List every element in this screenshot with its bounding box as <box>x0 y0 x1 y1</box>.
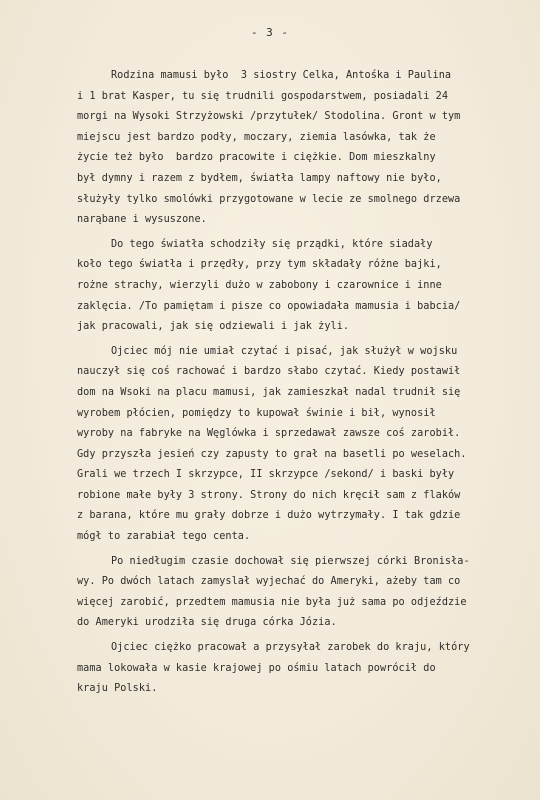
paragraph: Rodzina mamusi było 3 siostry Celka, Ant… <box>77 66 537 231</box>
text-line: Ojciec ciężko pracował a przysyłał zarob… <box>77 638 537 659</box>
text-line: mama lokowała w kasie krajowej po ośmiu … <box>77 659 537 680</box>
text-line: Grali we trzech I skrzypce, II skrzypce … <box>77 465 537 486</box>
text-line: do Ameryki urodziła się druga córka Józi… <box>77 613 537 634</box>
text-line: Rodzina mamusi było 3 siostry Celka, Ant… <box>77 66 537 87</box>
text-line: był dymny i razem z bydłem, światła lamp… <box>77 169 537 190</box>
paragraph: Po niedługim czasie dochował się pierwsz… <box>77 552 537 634</box>
text-line: więcej zarobić, przedtem mamusia nie był… <box>77 593 537 614</box>
text-line: rożne strachy, wierzyli dużo w zabobony … <box>77 276 537 297</box>
text-line: jak pracowali, jak się odziewali i jak ż… <box>77 317 537 338</box>
text-line: koło tego światła i przędły, przy tym sk… <box>77 255 537 276</box>
text-line: wyroby na fabryke na Węglówka i sprzedaw… <box>77 424 537 445</box>
text-line: wyrobem płócien, pomiędzy to kupował świ… <box>77 404 537 425</box>
paragraph: Ojciec mój nie umiał czytać i pisać, jak… <box>77 342 537 548</box>
paragraph: Do tego światła schodziły się prządki, k… <box>77 235 537 338</box>
text-line: i 1 brat Kasper, tu się trudnili gospoda… <box>77 87 537 108</box>
text-line: nauczył się coś rachować i bardzo słabo … <box>77 362 537 383</box>
text-line: Po niedługim czasie dochował się pierwsz… <box>77 552 537 573</box>
text-line: miejscu jest bardzo podły, moczary, ziem… <box>77 128 537 149</box>
text-line: Gdy przyszła jesień czy zapusty to grał … <box>77 445 537 466</box>
text-line: robione małe były 3 strony. Strony do ni… <box>77 486 537 507</box>
text-line: Do tego światła schodziły się prządki, k… <box>77 235 537 256</box>
typewritten-page: - 3 - Rodzina mamusi było 3 siostry Celk… <box>0 0 540 800</box>
text-line: mógł to zarabiał tego centa. <box>77 527 537 548</box>
text-line: kraju Polski. <box>77 679 537 700</box>
text-line: dom na Wsoki na placu mamusi, jak zamies… <box>77 383 537 404</box>
text-line: wy. Po dwóch latach zamyslał wyjechać do… <box>77 572 537 593</box>
text-line: zaklęcia. /To pamiętam i pisze co opowia… <box>77 297 537 318</box>
page-number: - 3 - <box>0 26 540 39</box>
text-line: Ojciec mój nie umiał czytać i pisać, jak… <box>77 342 537 363</box>
text-line: życie też było bardzo pracowite i ciężki… <box>77 148 537 169</box>
text-line: narąbane i wysuszone. <box>77 210 537 231</box>
text-line: morgi na Wysoki Strzyżowski /przytułek/ … <box>77 107 537 128</box>
text-line: z barana, które mu grały dobrze i dużo w… <box>77 506 537 527</box>
page-body: Rodzina mamusi było 3 siostry Celka, Ant… <box>77 66 537 700</box>
text-line: służyły tylko smolówki przygotowane w le… <box>77 190 537 211</box>
paragraph: Ojciec ciężko pracował a przysyłał zarob… <box>77 638 537 700</box>
